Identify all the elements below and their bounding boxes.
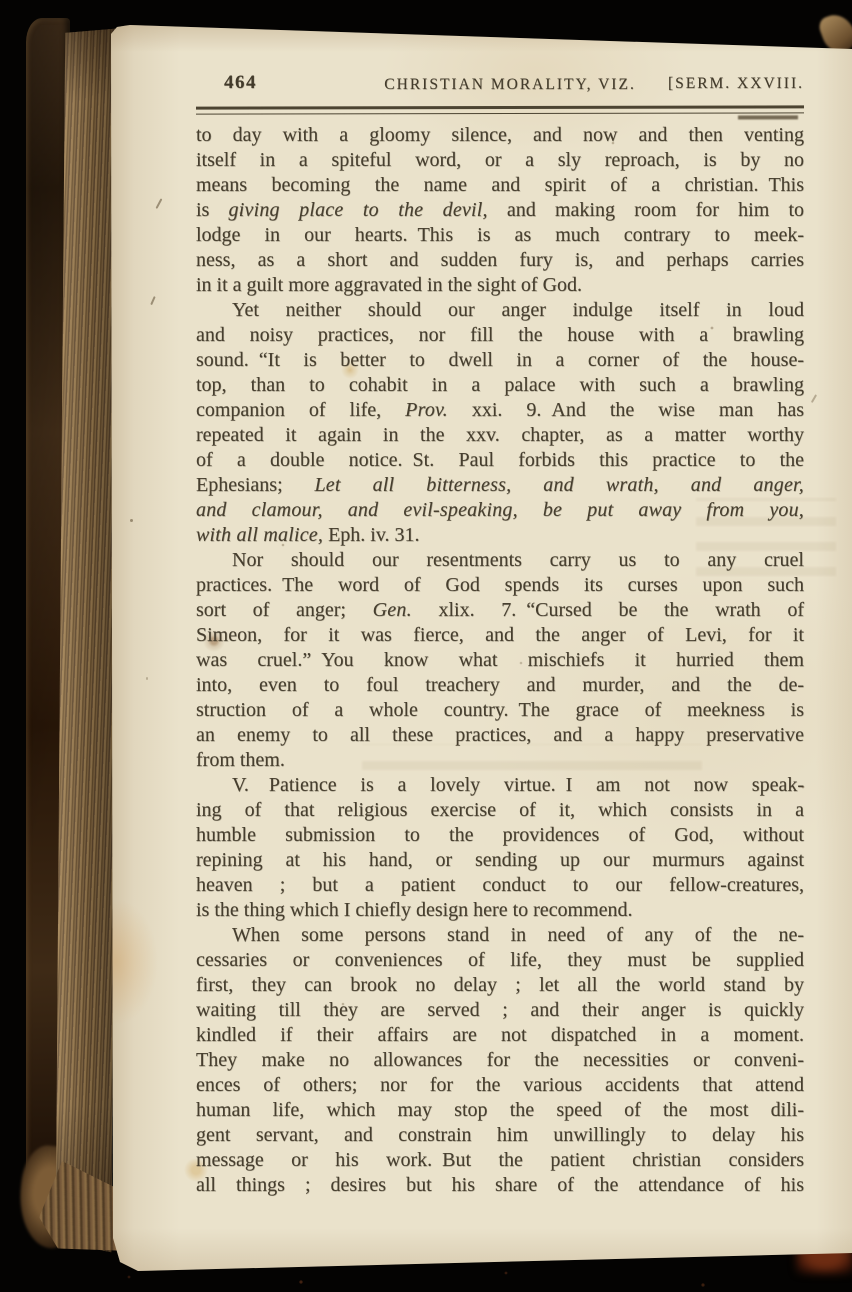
text-line: ences of others; nor for the various acc… (196, 1073, 804, 1098)
text-line: human life, which may stop the speed of … (196, 1098, 804, 1123)
text-line: sound. “It is better to dwell in a corne… (196, 348, 804, 373)
text-line: practices. The word of God spends its cu… (196, 573, 804, 598)
text-line: is giving place to the devil, and making… (196, 198, 804, 223)
text-line: waiting till they are served ; and their… (196, 998, 804, 1023)
italic-text-run: with all malice, (196, 524, 323, 546)
text-run: repining at his hand, or sending up our … (196, 849, 804, 871)
text-line: to day with a gloomy silence, and now an… (196, 123, 804, 148)
text-run: is (196, 199, 229, 221)
text-line: repeated it again in the xxv. chapter, a… (196, 423, 804, 448)
text-line: and clamour, and evil-speaking, be put a… (196, 498, 804, 523)
text-line: means becoming the name and spirit of a … (196, 173, 804, 198)
text-line: and noisy practices, nor fill the house … (196, 323, 804, 348)
text-run: and making room for him to (488, 199, 804, 221)
text-run: was cruel.” You know what mischiefs it h… (196, 649, 804, 671)
text-line: ness, as a short and sudden fury is, and… (196, 248, 804, 273)
italic-text-run: Let all bitterness, and wrath, and anger… (314, 474, 804, 496)
text-run: xlix. 7. “Cursed be the wrath of (412, 599, 804, 621)
text-run: top, than to cohabit in a palace with su… (196, 374, 804, 396)
text-line: sort of anger; Gen. xlix. 7. “Cursed be … (196, 598, 804, 623)
text-run: all things ; desires but his share of th… (196, 1174, 804, 1196)
text-run: Ephesians; (196, 474, 314, 496)
text-run: struction of a whole country. The grace … (196, 699, 804, 721)
text-line: itself in a spiteful word, or a sly repr… (196, 148, 804, 173)
text-run: and noisy practices, nor fill the house … (196, 324, 804, 346)
italic-text-run: Prov. (405, 399, 448, 421)
text-run: companion of life, (196, 399, 405, 421)
rule-smudge (738, 115, 798, 119)
text-run: waiting till they are served ; and their… (196, 999, 804, 1021)
text-run: ences of others; nor for the various acc… (196, 1074, 804, 1096)
text-line: all things ; desires but his share of th… (196, 1173, 804, 1198)
text-line: humble submission to the providences of … (196, 823, 804, 848)
text-run: ness, as a short and sudden fury is, and… (196, 249, 804, 271)
italic-text-run: Gen. (373, 599, 412, 621)
text-run: Nor should our resentments carry us to a… (232, 549, 804, 571)
text-line: lodge in our hearts. This is as much con… (196, 223, 804, 248)
text-line: was cruel.” You know what mischiefs it h… (196, 648, 804, 673)
book-page: 464 CHRISTIAN MORALITY, VIZ. [SERM. XXVI… (100, 22, 852, 1274)
text-run: practices. The word of God spends its cu… (196, 574, 804, 596)
text-line: kindled if their affairs are not dispatc… (196, 1023, 804, 1048)
margin-mark (146, 677, 148, 680)
text-run: ing of that religious exercise of it, wh… (196, 799, 804, 821)
text-run: Simeon, for it was fierce, and the anger… (196, 624, 804, 646)
page-number: 464 (224, 72, 257, 94)
text-run: an enemy to all these practices, and a h… (196, 724, 804, 746)
text-line: is the thing which I chiefly design here… (196, 898, 804, 923)
text-line: repining at his hand, or sending up our … (196, 848, 804, 873)
text-run: humble submission to the providences of … (196, 824, 804, 846)
text-run: human life, which may stop the speed of … (196, 1099, 804, 1121)
page-edge-stack (56, 28, 119, 1252)
text-line: When some persons stand in need of any o… (196, 923, 804, 948)
text-line: cessaries or conveniences of life, they … (196, 948, 804, 973)
text-line: first, they can brook no delay ; let all… (196, 973, 804, 998)
text-line: from them. (196, 748, 804, 773)
text-line: V. Patience is a lovely virtue. I am not… (196, 773, 804, 798)
text-line: struction of a whole country. The grace … (196, 698, 804, 723)
italic-text-run: giving place to the devil, (229, 199, 488, 221)
text-run: in it a guilt more aggravated in the sig… (196, 274, 582, 296)
text-run: to day with a gloomy silence, and now an… (196, 124, 804, 146)
text-line: ing of that religious exercise of it, wh… (196, 798, 804, 823)
text-line: They make no allowances for the necessit… (196, 1048, 804, 1073)
text-run: Eph. iv. 31. (323, 524, 419, 546)
text-line: gent servant, and constrain him unwillin… (196, 1123, 804, 1148)
text-run: into, even to foul treachery and murder,… (196, 674, 804, 696)
text-line: Nor should our resentments carry us to a… (196, 548, 804, 573)
text-run: cessaries or conveniences of life, they … (196, 949, 804, 971)
text-line: into, even to foul treachery and murder,… (196, 673, 804, 698)
margin-mark (811, 394, 817, 403)
italic-text-run: and clamour, and evil-speaking, be put a… (196, 499, 804, 521)
text-line: with all malice, Eph. iv. 31. (196, 523, 804, 548)
margin-mark (150, 296, 155, 305)
text-run: sound. “It is better to dwell in a corne… (196, 349, 804, 371)
text-run: from them. (196, 749, 285, 771)
text-run: of a double notice. St. Paul forbids thi… (196, 449, 804, 471)
sermon-header: [SERM. XXVIII. (668, 75, 804, 93)
text-line: Yet neither should our anger indulge its… (196, 298, 804, 323)
text-line: Ephesians; Let all bitterness, and wrath… (196, 473, 804, 498)
text-line: Simeon, for it was fierce, and the anger… (196, 623, 804, 648)
text-run: means becoming the name and spirit of a … (196, 174, 804, 196)
text-run: first, they can brook no delay ; let all… (196, 974, 804, 996)
text-run: sort of anger; (196, 599, 373, 621)
text-line: companion of life, Prov. xxi. 9. And the… (196, 398, 804, 423)
text-line: message or his work. But the patient chr… (196, 1148, 804, 1173)
printed-content: 464 CHRISTIAN MORALITY, VIZ. [SERM. XXVI… (196, 72, 804, 1198)
text-line: an enemy to all these practices, and a h… (196, 723, 804, 748)
text-run: repeated it again in the xxv. chapter, a… (196, 424, 804, 446)
text-run: When some persons stand in need of any o… (232, 924, 804, 946)
text-run: is the thing which I chiefly design here… (196, 899, 633, 921)
text-run: kindled if their affairs are not dispatc… (196, 1024, 804, 1046)
margin-mark (156, 198, 162, 208)
running-header: CHRISTIAN MORALITY, VIZ. (384, 76, 636, 94)
text-run: They make no allowances for the necessit… (196, 1049, 804, 1071)
text-run: xxi. 9. And the wise man has (448, 399, 804, 421)
photo-background: 464 CHRISTIAN MORALITY, VIZ. [SERM. XXVI… (0, 0, 852, 1292)
text-line: heaven ; but a patient conduct to our fe… (196, 873, 804, 898)
text-run: V. Patience is a lovely virtue. I am not… (232, 774, 804, 796)
text-line: of a double notice. St. Paul forbids thi… (196, 448, 804, 473)
text-lines: to day with a gloomy silence, and now an… (196, 123, 804, 1198)
margin-mark (130, 519, 133, 522)
text-run: lodge in our hearts. This is as much con… (196, 224, 804, 246)
text-run: heaven ; but a patient conduct to our fe… (196, 874, 804, 896)
background-specks (0, 0, 2, 2)
paper-specks (100, 22, 102, 24)
text-run: gent servant, and constrain him unwillin… (196, 1124, 804, 1146)
text-run: message or his work. But the patient chr… (196, 1149, 804, 1171)
page-header: 464 CHRISTIAN MORALITY, VIZ. [SERM. XXVI… (196, 72, 804, 102)
header-rule (196, 105, 804, 114)
text-line: in it a guilt more aggravated in the sig… (196, 273, 804, 298)
text-run: itself in a spiteful word, or a sly repr… (196, 149, 804, 171)
text-line: top, than to cohabit in a palace with su… (196, 373, 804, 398)
text-run: Yet neither should our anger indulge its… (232, 299, 804, 321)
